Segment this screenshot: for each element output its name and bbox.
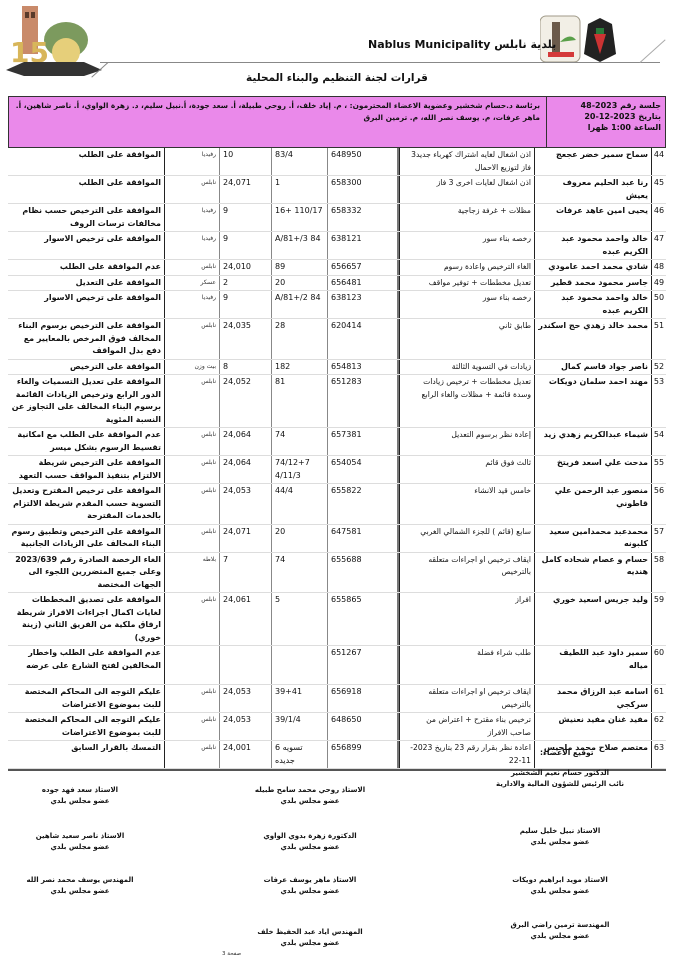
applicant-name: شيماء عبدالكريم زهدي زيد	[534, 428, 652, 455]
nablus-150-logo-icon: 15	[4, 4, 104, 82]
row-number: 53	[652, 375, 666, 427]
table-row: 47خالد واحمد محمود عبد الكريم عبدهرخصه ب…	[8, 232, 666, 260]
applicant-name: منصور عبد الرحمن علي قاطوني	[534, 484, 652, 524]
decision: الموافقة على تعديل التسميات والغاء الدور…	[8, 375, 164, 427]
application-number: 658332	[327, 204, 399, 231]
parcel-number: 39+41	[271, 685, 327, 712]
row-number: 59	[652, 593, 666, 645]
request-type: اعادة نظر بقرار رقم 23 بتاريخ 2023-11-22	[399, 741, 534, 768]
decision: الموافقة على الطلب	[8, 148, 164, 175]
basin-number: 9	[219, 204, 271, 231]
application-number: 655865	[327, 593, 399, 645]
applicant-name: اسامه عبد الرزاق محمد سركجي	[534, 685, 652, 712]
page-number: صفحة 3	[222, 951, 241, 957]
area-name: بلاطه	[164, 553, 219, 593]
application-number: 655822	[327, 484, 399, 524]
table-row: 45رنا عبد الحليم معروف يعيشاذن اشغال لغا…	[8, 176, 666, 204]
header-rule	[100, 62, 660, 63]
signature-entry: الاستاذ سعد فهد جودهعضو مجلس بلدي	[0, 785, 160, 807]
parcel-number: 39/1/4	[271, 713, 327, 740]
request-type: ترخيص بناء مقترح + اعتراض من صاحب الافرا…	[399, 713, 534, 740]
parcel-number: 20	[271, 276, 327, 291]
signatory-role: عضو مجلس بلدي	[230, 842, 390, 853]
signatory-name: المهندسة ترمين راضي البرق	[480, 920, 640, 931]
area-name: نابلس	[164, 375, 219, 427]
basin-number: 24,053	[219, 484, 271, 524]
area-name: نابلس	[164, 525, 219, 552]
application-number: 656481	[327, 276, 399, 291]
decision: الموافقة على الترخيص برسوم البناء المخال…	[8, 319, 164, 359]
area-name: رفيديا	[164, 204, 219, 231]
decision: الموافقة على ترخيص الاسوار	[8, 232, 164, 259]
decision: الموافقة على ترخيص المقترح وتعديل التسوي…	[8, 484, 164, 524]
request-type: خامس قيد الانشاء	[399, 484, 534, 524]
request-type: تعديل مخططات + توفير مواقف	[399, 276, 534, 291]
application-number: 654054	[327, 456, 399, 483]
application-number: 648650	[327, 713, 399, 740]
application-number: 656918	[327, 685, 399, 712]
row-number: 61	[652, 685, 666, 712]
applicant-name: سماح سمير خضر عجعج	[534, 148, 652, 175]
signature-entry: الاستاذ ناصر سعيد شاهينعضو مجلس بلدي	[0, 831, 160, 853]
decisions-table: 44سماح سمير خضر عجعجاذن اشغال لغايه اشتر…	[8, 148, 666, 771]
application-number: 620414	[327, 319, 399, 359]
application-number: 658300	[327, 176, 399, 203]
table-row: 44سماح سمير خضر عجعجاذن اشغال لغايه اشتر…	[8, 148, 666, 176]
decision: عليكم التوجه الى المحاكم المختصة للبت بم…	[8, 685, 164, 712]
table-row: 49جاسر محمود محمد قطيرتعديل مخططات + توف…	[8, 276, 666, 292]
parcel-number: 16+ 110/17	[271, 204, 327, 231]
basin-number: 9	[219, 291, 271, 318]
parcel-number: 44/4	[271, 484, 327, 524]
parcel-number: 20	[271, 525, 327, 552]
session-date: بتاريخ 2023-12-20	[551, 111, 661, 122]
parcel-number: 81	[271, 375, 327, 427]
parcel-number: 28	[271, 319, 327, 359]
applicant-name: ناصر جواد قاسم كمال	[534, 360, 652, 375]
signature-entry: الاستاذ ماهر يوسف عرفاتعضو مجلس بلدي	[230, 875, 390, 897]
application-number: 657381	[327, 428, 399, 455]
request-type: رخصه بناء سور	[399, 291, 534, 318]
applicant-name: رنا عبد الحليم معروف يعيش	[534, 176, 652, 203]
request-type: طابق ثاني	[399, 319, 534, 359]
basin-number: 24,001	[219, 741, 271, 768]
basin-number: 24,052	[219, 375, 271, 427]
signatory-name: الدكتور حسام نعيم الشخشير	[480, 768, 640, 779]
decision: الغاء الرخصة الصادرة رقم 2023/639 وعلى ج…	[8, 553, 164, 593]
table-row: 50خالد واحمد محمود عبد الكريم عبدهرخصه ب…	[8, 291, 666, 319]
basin-number: 10	[219, 148, 271, 175]
basin-number: 24,053	[219, 713, 271, 740]
request-type: الغاء الترخيص واعادة رسوم	[399, 260, 534, 275]
request-type: زيادات في التسوية الثالثة	[399, 360, 534, 375]
applicant-name: محمد خالد زهدي حج اسكندر	[534, 319, 652, 359]
parcel-number: A/81+/2 84	[271, 291, 327, 318]
area-name: نابلس	[164, 593, 219, 645]
decision: الموافقة على تصديق المخططات لغايات اكمال…	[8, 593, 164, 645]
basin-number: 7	[219, 553, 271, 593]
area-name: عسكر	[164, 276, 219, 291]
request-type: تعديل مخططات + ترخيص زيادات وسدة قائمة +…	[399, 375, 534, 427]
session-time: الساعة 1:00 ظهرا	[551, 122, 661, 133]
signatory-role: عضو مجلس بلدي	[0, 796, 160, 807]
applicant-name: مهند احمد سلمان دويكات	[534, 375, 652, 427]
decision: عدم الموافقة على الطلب مع امكانية تقسيط …	[8, 428, 164, 455]
signatory-name: الدكتورة زهرة بدوي الواوي	[230, 831, 390, 842]
decision: الموافقة على الطلب	[8, 176, 164, 203]
basin-number: 24,064	[219, 428, 271, 455]
letterhead: 15 بلدية نابلس Nablus Municipality قرارا…	[0, 0, 674, 95]
municipality-name: بلدية نابلس Nablus Municipality	[368, 38, 556, 51]
basin-number: 24,061	[219, 593, 271, 645]
signatory-name: المهندس اياد عبد الحفيظ خلف	[230, 927, 390, 938]
area-name	[164, 646, 219, 684]
signatory-role: عضو مجلس بلدي	[230, 796, 390, 807]
signature-entry: المهندس اياد عبد الحفيظ خلفعضو مجلس بلدي	[230, 927, 390, 949]
application-number: 654813	[327, 360, 399, 375]
basin-number: 2	[219, 276, 271, 291]
table-row: 52ناصر جواد قاسم كمالزيادات في التسوية ا…	[8, 360, 666, 376]
signatory-name: المهندس يوسف محمد نصر الله	[0, 875, 160, 886]
parcel-number: 89	[271, 260, 327, 275]
row-number: 57	[652, 525, 666, 552]
signatory-role: عضو مجلس بلدي	[480, 931, 640, 942]
row-number: 48	[652, 260, 666, 275]
decision: الموافقة على التعديل	[8, 276, 164, 291]
table-row: 57محمدعبد محمدامين سعيد كلبونهسابع (قائم…	[8, 525, 666, 553]
signatory-name: الاستاذ نبيل خليل سليم	[480, 826, 640, 837]
row-number: 56	[652, 484, 666, 524]
application-number: 651283	[327, 375, 399, 427]
decision: الموافقة على ترخيص الاسوار	[8, 291, 164, 318]
signatory-name: الاستاذ ماهر يوسف عرفات	[230, 875, 390, 886]
signature-entry: الاستاذ مويد ابراهيم دويكاتعضو مجلس بلدي	[480, 875, 640, 897]
parcel-number: 1	[271, 176, 327, 203]
table-row: 59وليد جريس اسعيد خوريافراز655865524,061…	[8, 593, 666, 646]
decision: الموافقة على الترخيص	[8, 360, 164, 375]
parcel-number: 5	[271, 593, 327, 645]
area-name: رفيديا	[164, 232, 219, 259]
request-type: ايقاف ترخيص او اجراءات متعلقه بالترخيص	[399, 685, 534, 712]
signatory-role: عضو مجلس بلدي	[480, 837, 640, 848]
session-info: جلسة رقم 2023-48 بتاريخ 2023-12-20 الساع…	[546, 97, 665, 147]
session-number: جلسة رقم 2023-48	[551, 100, 661, 111]
signatory-role: عضو مجلس بلدي	[230, 938, 390, 949]
basin-number	[219, 646, 271, 684]
applicant-name: محمدعبد محمدامين سعيد كلبونه	[534, 525, 652, 552]
parcel-number: 74	[271, 428, 327, 455]
area-name: نابلس	[164, 319, 219, 359]
table-row: 46يحيى امين عاهد عرفاتمظلات + غرفة زجاجي…	[8, 204, 666, 232]
row-number: 46	[652, 204, 666, 231]
table-row: 54شيماء عبدالكريم زهدي زيدإعادة نظر برسو…	[8, 428, 666, 456]
applicant-name: خالد واحمد محمود عبد الكريم عبده	[534, 291, 652, 318]
row-number: 54	[652, 428, 666, 455]
row-number: 58	[652, 553, 666, 593]
parcel-number: 83/4	[271, 148, 327, 175]
decision: الموافقة على الترخيص حسب نظام مخالفات تر…	[8, 204, 164, 231]
row-number: 44	[652, 148, 666, 175]
request-type: اذن اشغال لغايات اخرى 3 فاز	[399, 176, 534, 203]
row-number: 45	[652, 176, 666, 203]
session-members: برئاسة د.حسام شخشير وعضوية الاعضاء المحت…	[9, 97, 546, 147]
request-type: مظلات + غرفة زجاجية	[399, 204, 534, 231]
signatory-role: عضو مجلس بلدي	[0, 842, 160, 853]
row-number: 55	[652, 456, 666, 483]
application-number: 647581	[327, 525, 399, 552]
signatory-role: عضو مجلس بلدي	[0, 886, 160, 897]
area-name: نابلس	[164, 176, 219, 203]
row-number: 52	[652, 360, 666, 375]
application-number: 651267	[327, 646, 399, 684]
signature-entry: المهندس يوسف محمد نصر اللهعضو مجلس بلدي	[0, 875, 160, 897]
applicant-name: يحيى امين عاهد عرفات	[534, 204, 652, 231]
applicant-name: مدحت علي اسعد فريتخ	[534, 456, 652, 483]
applicant-name: سمير داود عبد اللطيف مياله	[534, 646, 652, 684]
table-row: 60سمير داود عبد اللطيف ميالهطلب شراء فضل…	[8, 646, 666, 685]
signature-entry: الدكتور حسام نعيم الشخشيرنائب الرئيس للش…	[480, 768, 640, 790]
decision: التمسك بالقرار السابق	[8, 741, 164, 768]
area-name: نابلس	[164, 741, 219, 768]
municipality-emblems-icon	[540, 14, 650, 66]
parcel-number: 74	[271, 553, 327, 593]
parcel-number: 182	[271, 360, 327, 375]
basin-number: 24,071	[219, 176, 271, 203]
table-row: 51محمد خالد زهدي حج اسكندرطابق ثاني62041…	[8, 319, 666, 360]
request-type: سابع (قائم ) للجزء الشمالي الغربي	[399, 525, 534, 552]
application-number: 655688	[327, 553, 399, 593]
signatory-name: الاستاذ ناصر سعيد شاهين	[0, 831, 160, 842]
row-number: 47	[652, 232, 666, 259]
application-number: 638123	[327, 291, 399, 318]
basin-number: 24,064	[219, 456, 271, 483]
table-row: 62مفيد غنان مفيد نعنيشترخيص بناء مقترح +…	[8, 713, 666, 741]
decision: عدم الموافقة على الطلب	[8, 260, 164, 275]
area-name: نابلس	[164, 456, 219, 483]
table-row: 61اسامه عبد الرزاق محمد سركجيايقاف ترخيص…	[8, 685, 666, 713]
application-number: 656657	[327, 260, 399, 275]
request-type: إعادة نظر برسوم التعديل	[399, 428, 534, 455]
signature-entry: الاستاذ نبيل خليل سليمعضو مجلس بلدي	[480, 826, 640, 848]
area-name: رفيديا	[164, 148, 219, 175]
applicant-name: مفيد غنان مفيد نعنيش	[534, 713, 652, 740]
application-number: 638121	[327, 232, 399, 259]
signatory-name: الاستاذ روحي محمد سامح طبيله	[230, 785, 390, 796]
area-name: رفيديا	[164, 291, 219, 318]
applicant-name: شادي محمد احمد عامودي	[534, 260, 652, 275]
basin-number: 24,071	[219, 525, 271, 552]
parcel-number: A/81+/3 84	[271, 232, 327, 259]
signatory-role: عضو مجلس بلدي	[480, 886, 640, 897]
area-name: نابلس	[164, 428, 219, 455]
parcel-number	[271, 646, 327, 684]
applicant-name: خالد واحمد محمود عبد الكريم عبده	[534, 232, 652, 259]
decision: الموافقة على الترخيص وتطبيق رسوم البناء …	[8, 525, 164, 552]
parcel-number: 6 تسويه جديده	[271, 741, 327, 768]
signatory-name: الاستاذ مويد ابراهيم دويكات	[480, 875, 640, 886]
request-type: اذن اشغال لغايه اشتراك كهرباء جديد3 فاز …	[399, 148, 534, 175]
session-header: جلسة رقم 2023-48 بتاريخ 2023-12-20 الساع…	[8, 96, 666, 148]
area-name: نابلس	[164, 713, 219, 740]
signature-entry: الدكتورة زهرة بدوي الواويعضو مجلس بلدي	[230, 831, 390, 853]
basin-number: 9	[219, 232, 271, 259]
row-number: 49	[652, 276, 666, 291]
table-row: 56منصور عبد الرحمن علي قاطونيخامس قيد ال…	[8, 484, 666, 525]
application-number: 648950	[327, 148, 399, 175]
row-number: 60	[652, 646, 666, 684]
document-title: قرارات لجنة التنظيم والبناء المحلية	[0, 72, 674, 84]
request-type: طلب شراء فضلة	[399, 646, 534, 684]
basin-number: 24,053	[219, 685, 271, 712]
parcel-number: 74/12+7 4/11/3	[271, 456, 327, 483]
basin-number: 8	[219, 360, 271, 375]
applicant-name: حسام و عصام شحاده كامل هنديه	[534, 553, 652, 593]
basin-number: 24,010	[219, 260, 271, 275]
row-number: 63	[652, 741, 666, 768]
table-row: 58حسام و عصام شحاده كامل هنديهايقاف ترخي…	[8, 553, 666, 594]
signatory-role: نائب الرئيس للشؤون المالية والادارية	[480, 779, 640, 790]
row-number: 50	[652, 291, 666, 318]
signature-entry: الاستاذ روحي محمد سامح طبيلهعضو مجلس بلد…	[230, 785, 390, 807]
decision: عدم الموافقة على الطلب واخطار المخالفين …	[8, 646, 164, 684]
area-name: نابلس	[164, 484, 219, 524]
table-row: 48شادي محمد احمد عاموديالغاء الترخيص واع…	[8, 260, 666, 276]
application-number: 656899	[327, 741, 399, 768]
row-number: 62	[652, 713, 666, 740]
area-name: نابلس	[164, 260, 219, 275]
area-name: نابلس	[164, 685, 219, 712]
signatory-role: عضو مجلس بلدي	[230, 886, 390, 897]
area-name: بيت وزن	[164, 360, 219, 375]
signatures-title: توقيع الأعضاء:	[540, 748, 594, 757]
signature-entry: المهندسة ترمين راضي البرقعضو مجلس بلدي	[480, 920, 640, 942]
row-number: 51	[652, 319, 666, 359]
request-type: ثالث فوق قائم	[399, 456, 534, 483]
basin-number: 24,035	[219, 319, 271, 359]
signatory-name: الاستاذ سعد فهد جوده	[0, 785, 160, 796]
applicant-name: وليد جريس اسعيد خوري	[534, 593, 652, 645]
decision: عليكم التوجه الى المحاكم المختصة للبت بم…	[8, 713, 164, 740]
table-row: 53مهند احمد سلمان دويكاتتعديل مخططات + ت…	[8, 375, 666, 428]
table-row: 55مدحت علي اسعد فريتخثالث فوق قائم654054…	[8, 456, 666, 484]
applicant-name: جاسر محمود محمد قطير	[534, 276, 652, 291]
request-type: افراز	[399, 593, 534, 645]
request-type: رخصه بناء سور	[399, 232, 534, 259]
request-type: ايقاف ترخيص او اجراءات متعلقه بالترخيص	[399, 553, 534, 593]
decision: الموافقة على الترخيص شريطة الالتزام بتنف…	[8, 456, 164, 483]
